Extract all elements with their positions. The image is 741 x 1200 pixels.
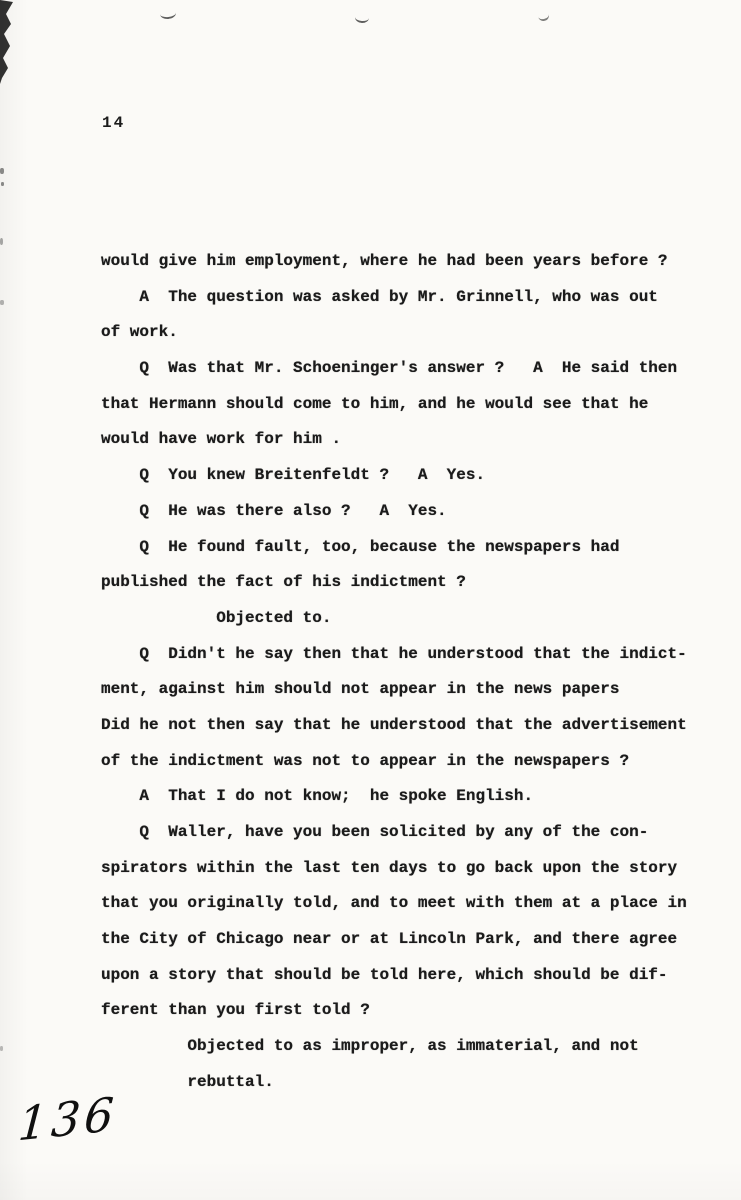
transcript-line: that you originally told, and to meet wi… <box>101 886 721 922</box>
scan-speck <box>0 168 4 174</box>
scan-speck <box>0 238 3 245</box>
transcript-line: A That I do not know; he spoke English. <box>101 779 721 815</box>
transcript-line: the City of Chicago near or at Lincoln P… <box>101 922 721 958</box>
typed-page-number: 14 <box>102 114 125 132</box>
transcript-line: of work. <box>101 315 721 351</box>
transcript-line: Did he not then say that he understood t… <box>101 708 721 744</box>
transcript-line: Q Didn't he say then that he understood … <box>101 637 721 673</box>
scan-speck <box>0 300 4 305</box>
scan-smudge-mark <box>159 7 176 20</box>
transcript-line: ferent than you first told ? <box>101 993 721 1029</box>
scan-speck <box>0 1046 3 1051</box>
transcript-line: ment, against him should not appear in t… <box>101 672 721 708</box>
transcript-line: Objected to. <box>101 601 721 637</box>
transcript-line: published the fact of his indictment ? <box>101 565 721 601</box>
transcript-line: of the indictment was not to appear in t… <box>101 744 721 780</box>
transcript-line: A The question was asked by Mr. Grinnell… <box>101 280 721 316</box>
transcript-line: Q He found fault, too, because the newsp… <box>101 530 721 566</box>
scan-smudge-mark <box>537 9 550 22</box>
transcript-line: Q Waller, have you been solicited by any… <box>101 815 721 851</box>
transcript-body: would give him employment, where he had … <box>101 244 721 1101</box>
handwritten-page-number: 136 <box>16 1086 119 1151</box>
transcript-line: Q You knew Breitenfeldt ? A Yes. <box>101 458 721 494</box>
scan-speck <box>1 182 4 186</box>
transcript-line: spirators within the last ten days to go… <box>101 851 721 887</box>
transcript-line: rebuttal. <box>101 1065 721 1101</box>
scan-smudge-mark <box>355 12 370 24</box>
scan-edge-artifact <box>0 0 16 84</box>
transcript-line: would give him employment, where he had … <box>101 244 721 280</box>
transcript-line: would have work for him . <box>101 422 721 458</box>
transcript-line: upon a story that should be told here, w… <box>101 958 721 994</box>
transcript-line: that Hermann should come to him, and he … <box>101 387 721 423</box>
transcript-line: Q He was there also ? A Yes. <box>101 494 721 530</box>
scanned-transcript-page: 14 would give him employment, where he h… <box>0 0 741 1200</box>
transcript-line: Q Was that Mr. Schoeninger's answer ? A … <box>101 351 721 387</box>
transcript-line: Objected to as improper, as immaterial, … <box>101 1029 721 1065</box>
